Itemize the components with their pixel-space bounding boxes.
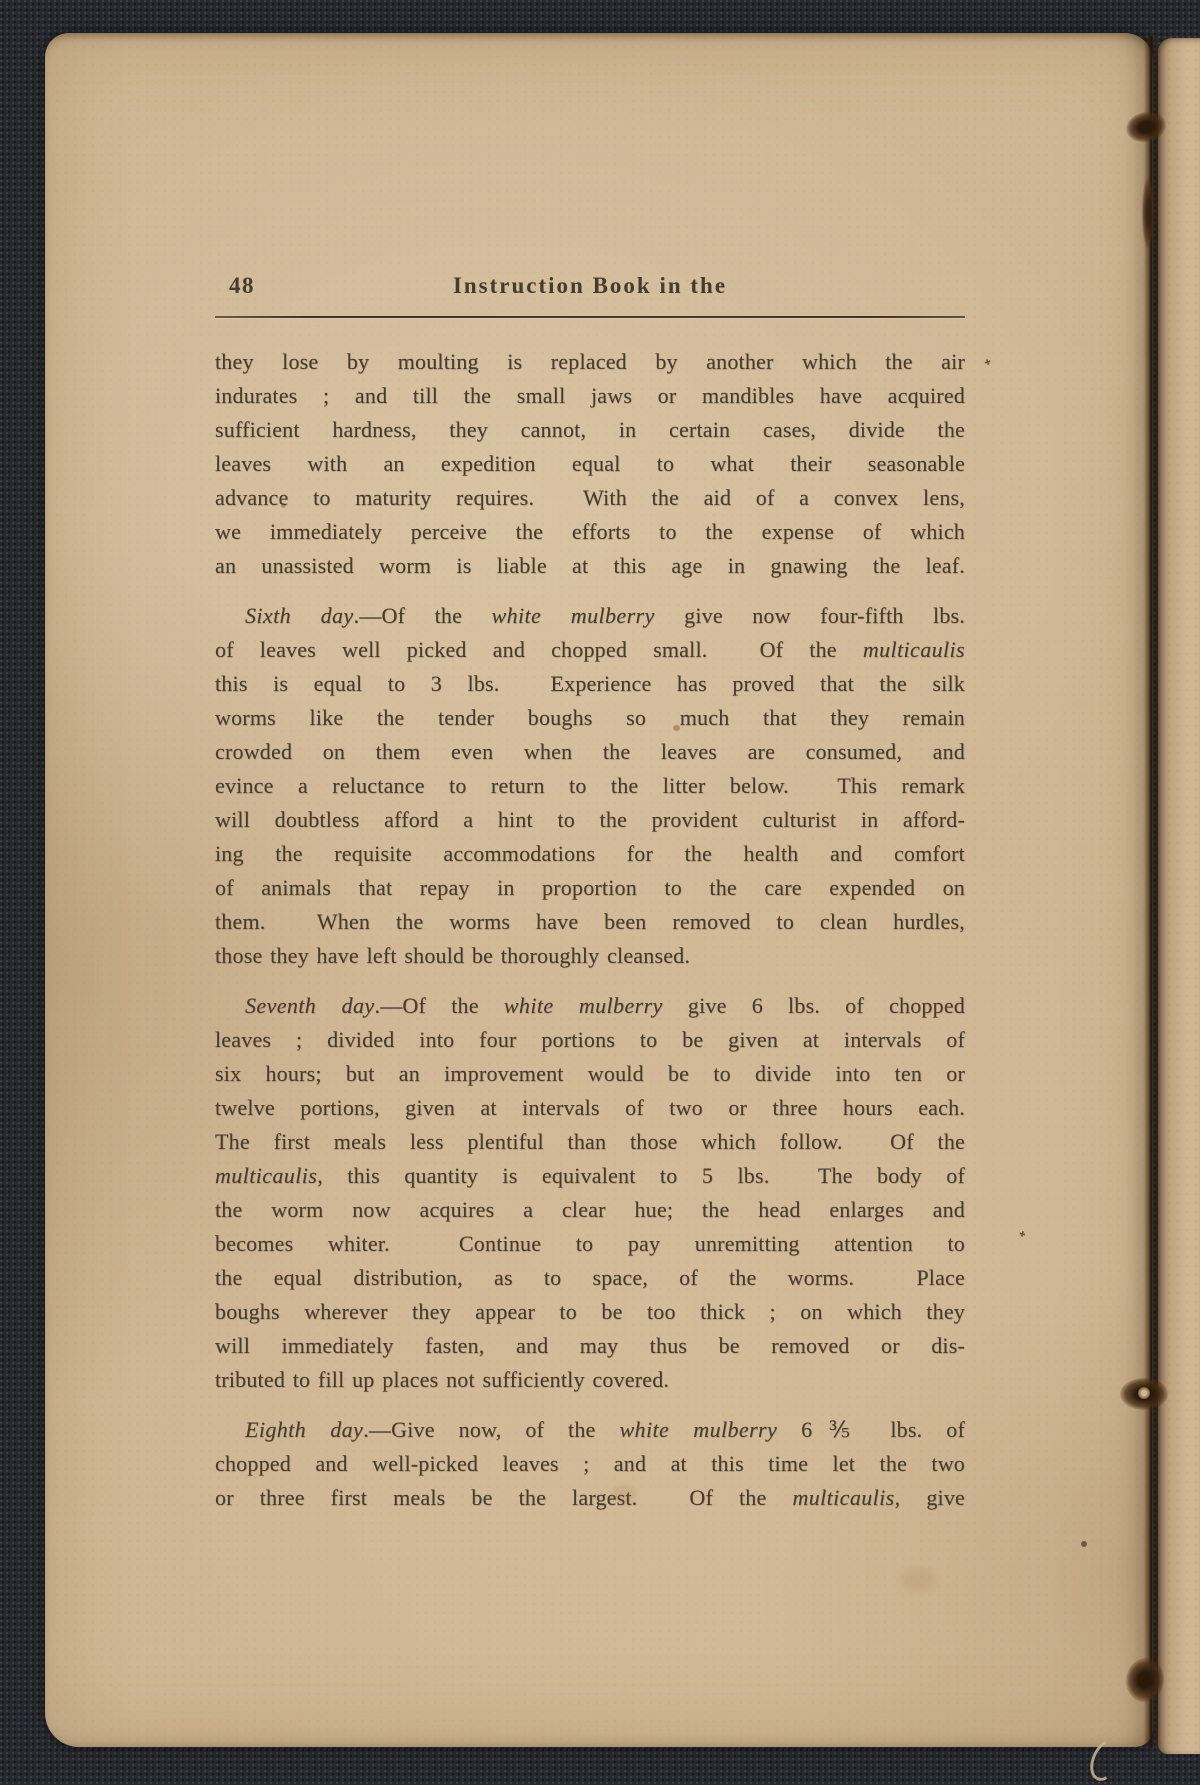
body-text: leaves with an expedition equal to what … — [215, 451, 965, 476]
text-line: tributed to fill up places not sufficien… — [215, 1363, 965, 1397]
body-text: .—Of the — [354, 603, 492, 628]
text-line: The first meals less plentiful than thos… — [215, 1125, 965, 1159]
text-line: those they have left should be thoroughl… — [215, 939, 965, 973]
italic-text: multicaulis — [215, 1163, 317, 1188]
body-text: ing the requisite accommodations for the… — [215, 841, 965, 866]
binding-stitch — [1120, 1378, 1168, 1410]
text-line: Seventh day.—Of the white mulberry give … — [215, 989, 965, 1023]
text-line: becomes whiter. Continue to pay unremitt… — [215, 1227, 965, 1261]
body-text: becomes whiter. Continue to pay unremitt… — [215, 1231, 965, 1256]
text-line: will doubtless afford a hint to the prov… — [215, 803, 965, 837]
stain-spot — [281, 503, 286, 508]
paragraph: Seventh day.—Of the white mulberry give … — [215, 989, 965, 1397]
gutter-seam — [1144, 36, 1158, 1748]
body-text: , this quantity is equivalent to 5 lbs. … — [317, 1163, 965, 1188]
body-text: worms like the tender boughs so much tha… — [215, 705, 965, 730]
stain-spot — [673, 725, 680, 731]
text-line: leaves with an expedition equal to what … — [215, 447, 965, 481]
body-text: will doubtless afford a hint to the prov… — [215, 807, 965, 832]
body-text: crowded on them even when the leaves are… — [215, 739, 965, 764]
italic-text: Sixth day — [245, 603, 354, 628]
body-text: we immediately perceive the efforts to t… — [215, 519, 965, 544]
body-text: .—Give now, of the — [363, 1417, 619, 1442]
body-text: they lose by moulting is replaced by ano… — [215, 349, 965, 374]
text-line: the worm now acquires a clear hue; the h… — [215, 1193, 965, 1227]
text-line: this is equal to 3 lbs. Experience has p… — [215, 667, 965, 701]
text-line: Eighth day.—Give now, of the white mulbe… — [215, 1413, 965, 1447]
italic-text: white mulberry — [492, 603, 655, 628]
body-text: boughs wherever they appear to be too th… — [215, 1299, 965, 1324]
body-text: those they have left should be thoroughl… — [215, 943, 690, 968]
body-text: this is equal to 3 lbs. Experience has p… — [215, 671, 965, 696]
body-text: leaves ; divided into four portions to b… — [215, 1027, 965, 1052]
text-line: worms like the tender boughs so much tha… — [215, 701, 965, 735]
body-text: 6⅗ lbs. of — [777, 1417, 965, 1442]
next-page-edge — [1158, 38, 1200, 1754]
paragraph: Eighth day.—Give now, of the white mulbe… — [215, 1413, 965, 1515]
body-text: evince a reluctance to return to the lit… — [215, 773, 965, 798]
body-text: will immediately fasten, and may thus be… — [215, 1333, 965, 1358]
stain-spot — [901, 1569, 935, 1591]
text-line: crowded on them even when the leaves are… — [215, 735, 965, 769]
text-line: them. When the worms have been removed t… — [215, 905, 965, 939]
body-text: give 6 lbs. of chopped — [663, 993, 965, 1018]
running-header: 48 Instruction Book in the — [215, 273, 965, 309]
text-line: advance to maturity requires. With the a… — [215, 481, 965, 515]
body-text: the worm now acquires a clear hue; the h… — [215, 1197, 965, 1222]
body-text: advance to maturity requires. With the a… — [215, 485, 965, 510]
text-line: chopped and well-picked leaves ; and at … — [215, 1447, 965, 1481]
body-text: give now four-fifth lbs. — [655, 603, 965, 628]
text-line: or three first meals be the largest. Of … — [215, 1481, 965, 1515]
text-line: boughs wherever they appear to be too th… — [215, 1295, 965, 1329]
body-text: of animals that repay in proportion to t… — [215, 875, 965, 900]
italic-text: white mulberry — [504, 993, 663, 1018]
text-line: ing the requisite accommodations for the… — [215, 837, 965, 871]
page-number: 48 — [229, 273, 255, 299]
ink-mark: ᛭ — [980, 352, 996, 374]
paragraph: they lose by moulting is replaced by ano… — [215, 345, 965, 583]
body-text: tributed to fill up places not sufficien… — [215, 1367, 669, 1392]
paragraph: Sixth day.—Of the white mulberry give no… — [215, 599, 965, 973]
text-line: an unassisted worm is liable at this age… — [215, 549, 965, 583]
body-text: The first meals less plentiful than thos… — [215, 1129, 965, 1154]
binding-stitch — [1142, 178, 1154, 248]
italic-text: white mulberry — [619, 1417, 777, 1442]
body-text: , give — [895, 1485, 965, 1510]
scan-background: { "colors": { "paper": "#cfb795", "ink":… — [0, 0, 1200, 1785]
text-line: Sixth day.—Of the white mulberry give no… — [215, 599, 965, 633]
italic-text: Eighth day — [245, 1417, 363, 1442]
text-line: multicaulis, this quantity is equivalent… — [215, 1159, 965, 1193]
text-line: will immediately fasten, and may thus be… — [215, 1329, 965, 1363]
page-content: 48 Instruction Book in the they lose by … — [215, 273, 965, 1515]
text-line: we immediately perceive the efforts to t… — [215, 515, 965, 549]
body-text: of leaves well picked and chopped small.… — [215, 637, 863, 662]
text-line: of animals that repay in proportion to t… — [215, 871, 965, 905]
header-rule — [215, 316, 965, 318]
text-line: they lose by moulting is replaced by ano… — [215, 345, 965, 379]
body-text: them. When the worms have been removed t… — [215, 909, 965, 934]
ink-mark: ᛭ — [1015, 1224, 1030, 1246]
italic-text: multicaulis — [863, 637, 965, 662]
running-title: Instruction Book in the — [215, 273, 965, 299]
stain-spot — [611, 1485, 637, 1503]
italic-text: Seventh day — [245, 993, 375, 1018]
text-line: twelve portions, given at intervals of t… — [215, 1091, 965, 1125]
body-text: six hours; but an improvement would be t… — [215, 1061, 965, 1086]
book-page: 48 Instruction Book in the they lose by … — [45, 33, 1153, 1747]
text-line: indurates ; and till the small jaws or m… — [215, 379, 965, 413]
text-line: the equal distribution, as to space, of … — [215, 1261, 965, 1295]
body-text: the equal distribution, as to space, of … — [215, 1265, 965, 1290]
text-line: sufficient hardness, they cannot, in cer… — [215, 413, 965, 447]
body-text: an unassisted worm is liable at this age… — [215, 553, 965, 578]
italic-text: multicaulis — [792, 1485, 894, 1510]
body-text: indurates ; and till the small jaws or m… — [215, 383, 965, 408]
text-line: evince a reluctance to return to the lit… — [215, 769, 965, 803]
body-text: .—Of the — [375, 993, 504, 1018]
text-line: of leaves well picked and chopped small.… — [215, 633, 965, 667]
text-line: six hours; but an improvement would be t… — [215, 1057, 965, 1091]
body-text: or three first meals be the largest. Of … — [215, 1485, 792, 1510]
body-text: twelve portions, given at intervals of t… — [215, 1095, 965, 1120]
text-line: leaves ; divided into four portions to b… — [215, 1023, 965, 1057]
stain-spot — [1081, 1541, 1087, 1547]
body-text: chopped and well-picked leaves ; and at … — [215, 1451, 965, 1476]
text-block: they lose by moulting is replaced by ano… — [215, 345, 965, 1515]
body-text: sufficient hardness, they cannot, in cer… — [215, 417, 965, 442]
